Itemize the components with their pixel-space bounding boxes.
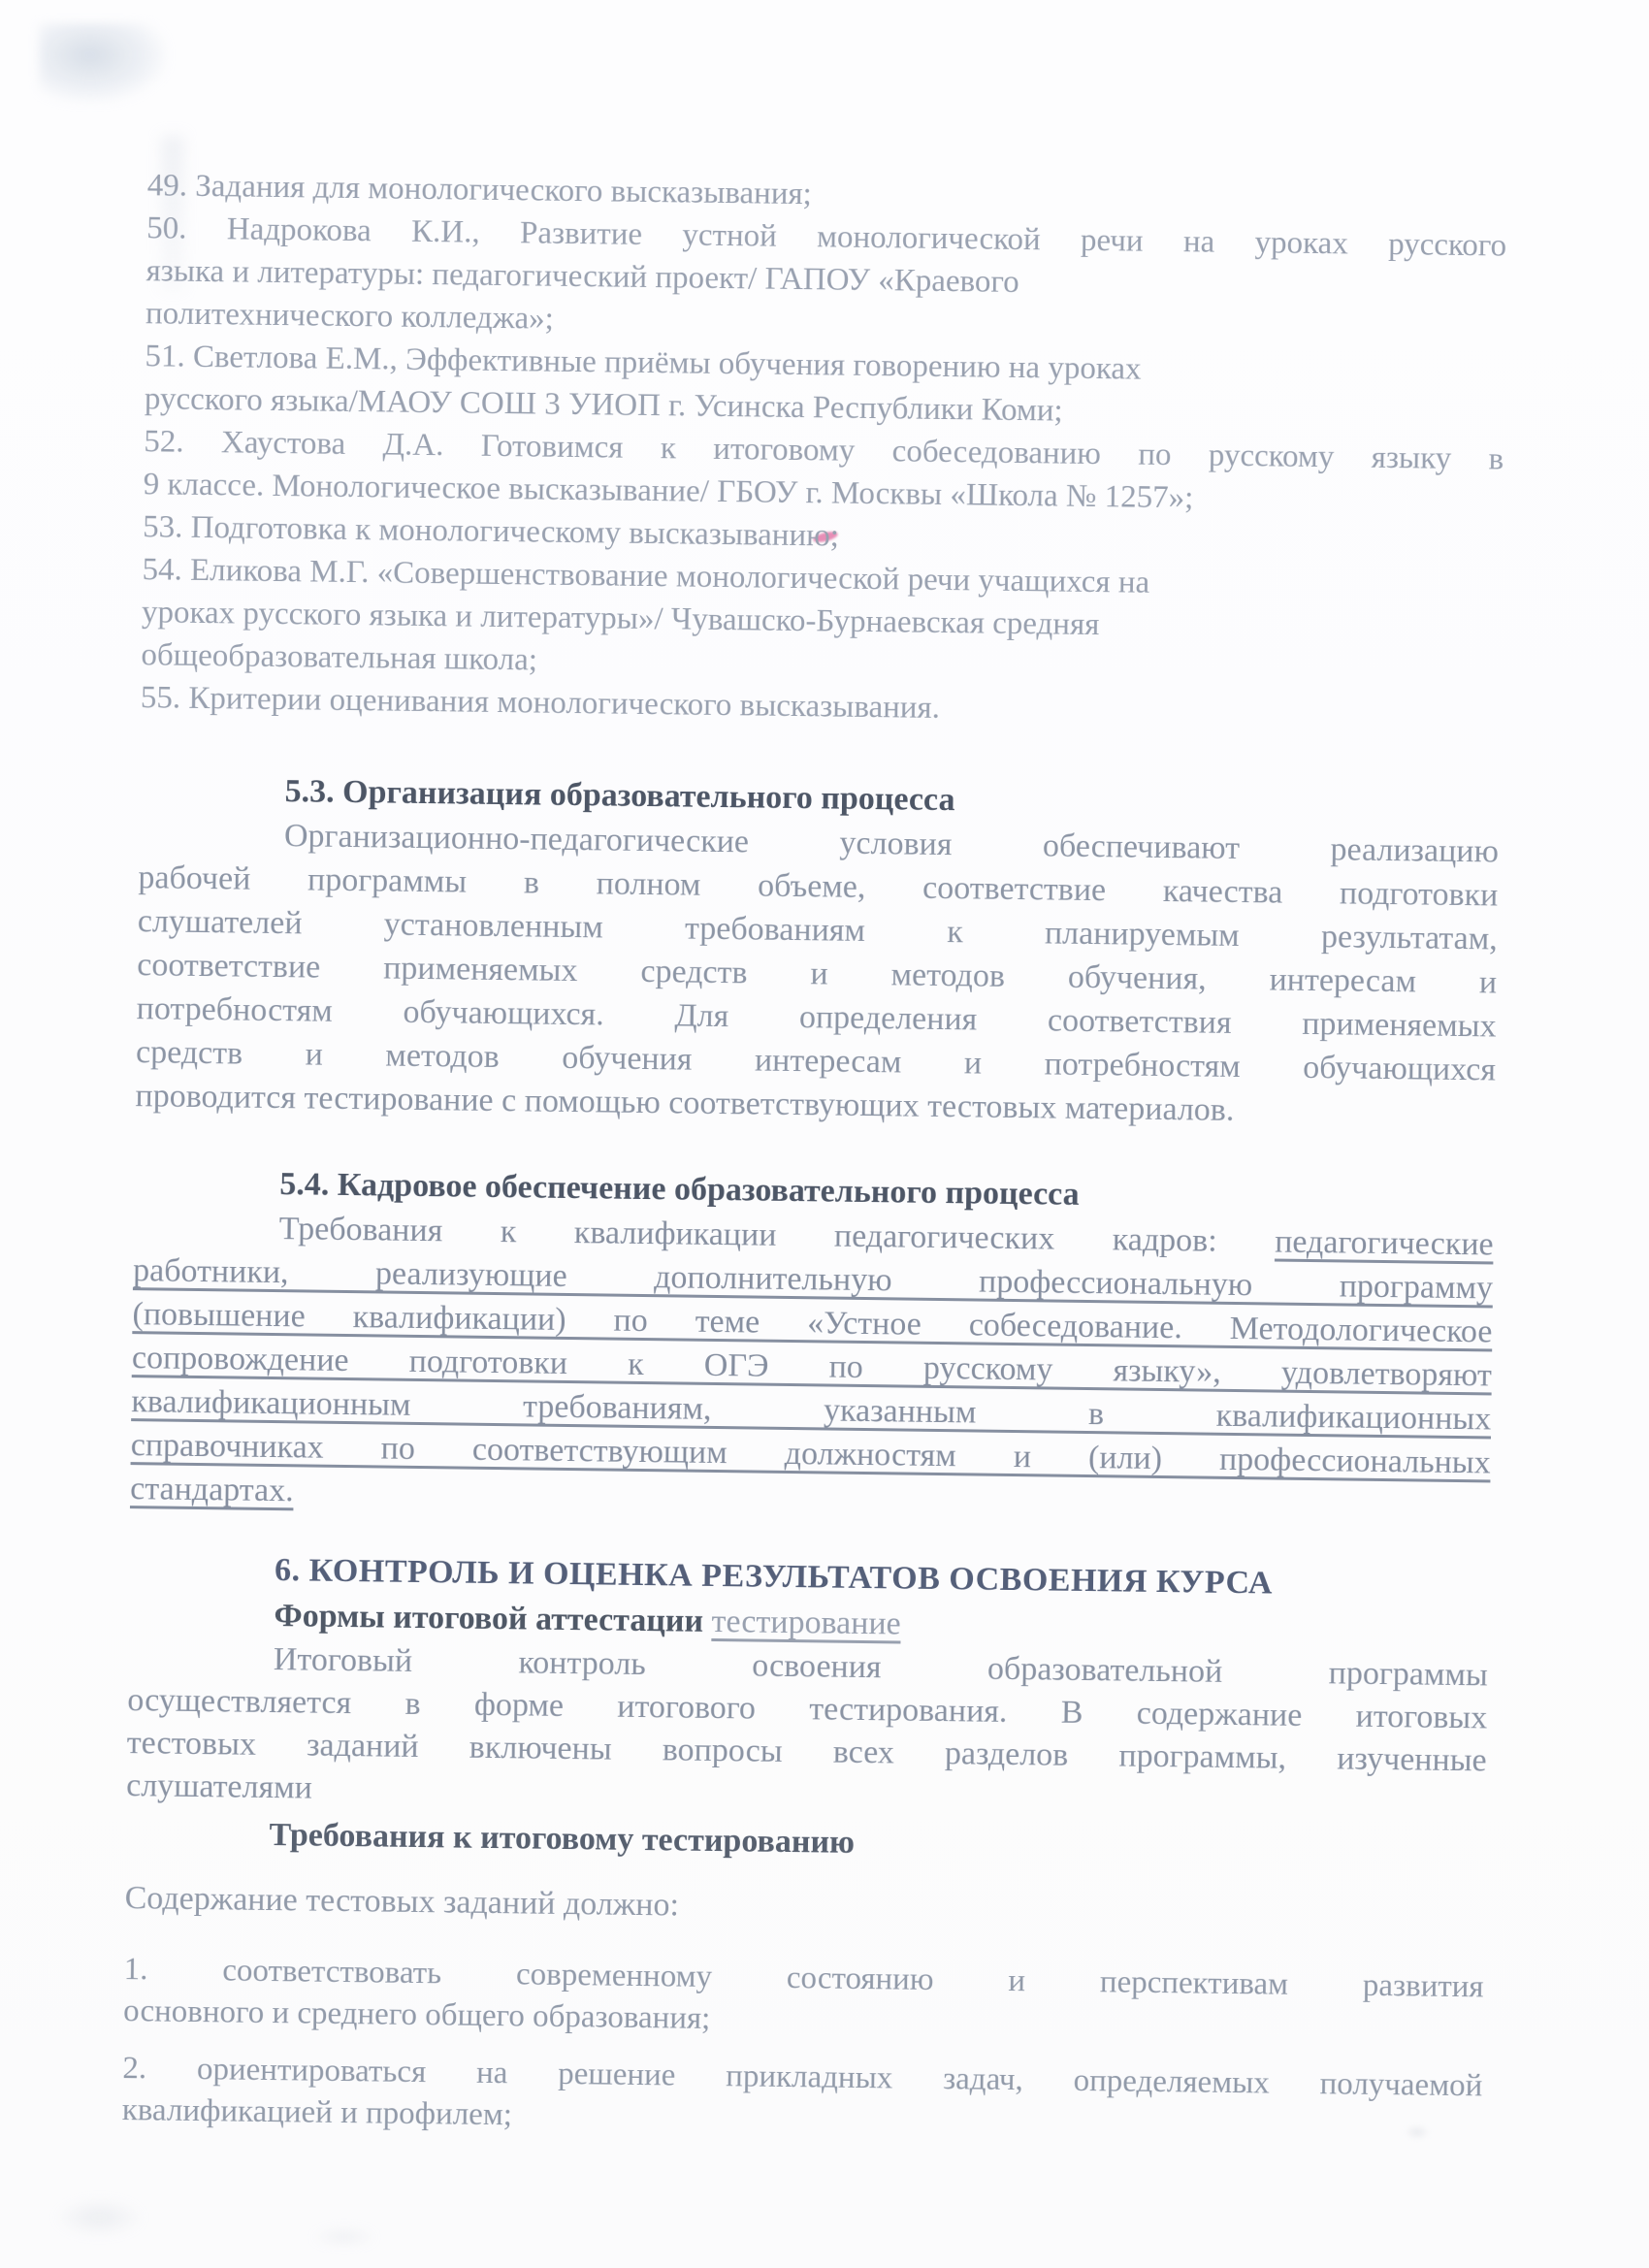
content-requirements-intro: Содержание тестовых заданий должно: [124,1877,1484,1937]
attestation-forms-value: тестирование [711,1604,901,1642]
document-content: 49. Задания для монологического высказыв… [122,150,1508,2149]
scan-smudge-top-left [39,23,167,103]
section-5-3-paragraph: Организационно-педагогические условия об… [135,812,1499,1135]
section-5-4-paragraph: Требования к квалификации педагогических… [130,1205,1494,1528]
requirement-items: 1. соответствовать современному состояни… [122,1949,1484,2149]
attestation-forms-label: Формы итоговой аттестации [274,1598,703,1639]
requirement-item: 2. ориентироваться на решение прикладных… [122,2048,1483,2149]
section-6-paragraph: Итоговый контроль освоения образовательн… [126,1636,1488,1825]
reference-list: 49. Задания для монологического высказыв… [141,164,1507,736]
scan-smudge-bottom [310,2226,378,2248]
scan-smudge-bottom-left [53,2197,145,2238]
underlined-text: педагогические [1275,1224,1494,1263]
scanned-document-page: 49. Задания для монологического высказыв… [0,0,1649,2268]
requirement-item: 1. соответствовать современному состояни… [123,1949,1484,2050]
